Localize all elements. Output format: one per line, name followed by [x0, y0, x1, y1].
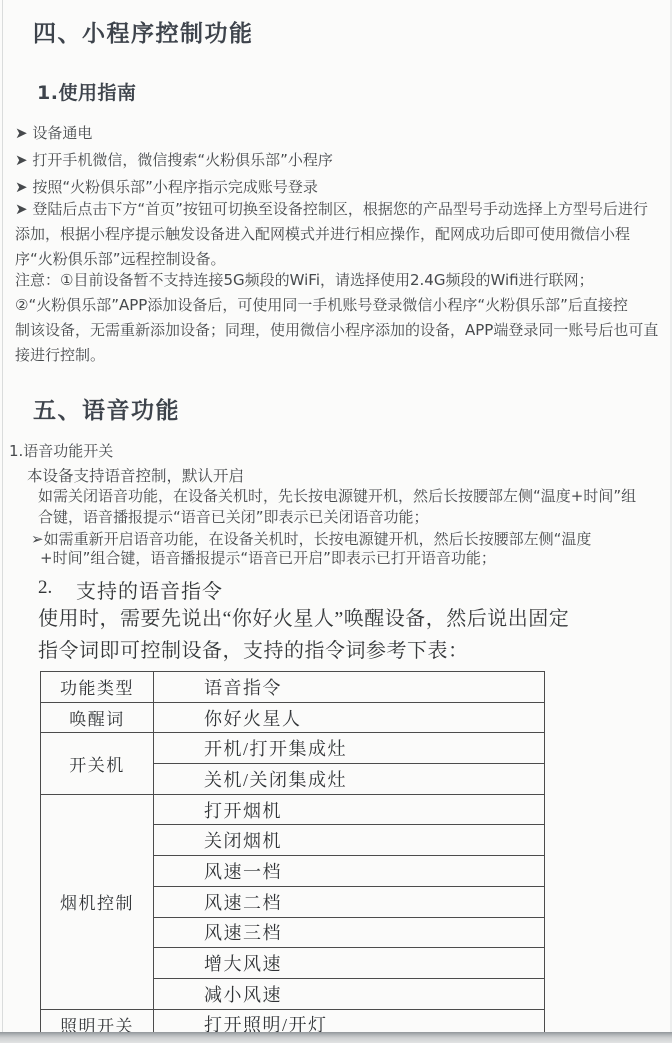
text-line: 合键，语音播报提示“语音已关闭”即表示已关闭语音功能； — [38, 507, 636, 528]
table-cell-command: 风速二档 — [154, 886, 545, 917]
table-cell-command: 减小风速 — [154, 978, 545, 1009]
table-row: 开关机 开机/打开集成灶 — [41, 733, 545, 764]
text-line: 使用时，需要先说出“你好火星人”唤醒设备，然后说出固定 — [38, 603, 569, 635]
voice-switch-intro: 本设备支持语音控制，默认开启 — [27, 464, 244, 486]
table-cell-command: 风速三档 — [154, 917, 545, 948]
manual-page: 四、小程序控制功能 1.使用指南 ➤ 设备通电➤ 打开手机微信，微信搜索“火粉俱… — [0, 0, 672, 1043]
table-cell-command: 打开烟机 — [154, 794, 545, 825]
voice-command-table: 功能类型 语音指令 唤醒词 你好火星人 开关机 开机/打开集成灶 关机/关闭集成… — [40, 671, 545, 1040]
voice-open-line-1: ➢如需重新开启语音功能，在设备关机时，长按电源键开机，然后长按腰部左侧“温度 — [31, 528, 591, 549]
scan-left-edge — [2, 0, 3, 1043]
table-cell-type: 开关机 — [41, 733, 154, 794]
text-line: ②“火粉俱乐部”APP添加设备后，可使用同一手机账号登录微信小程序“火粉俱乐部”… — [15, 293, 658, 318]
text-line: 接进行控制。 — [15, 343, 658, 368]
table-cell-command: 关闭烟机 — [154, 825, 545, 856]
commands-heading-number: 2. — [38, 577, 52, 599]
text-line: 如需关闭语音功能，在设备关机时，先长按电源键开机，然后长按腰部左侧“温度+时间”… — [38, 486, 636, 507]
text-line: 注意：①目前设备暂不支持连接5G频段的WiFi，请选择使用2.4G频段的Wifi… — [15, 268, 658, 293]
voice-open-line-2: +时间”组合键，语音播报提示“语音已开启”即表示已打开语音功能； — [40, 547, 496, 568]
section-5-heading: 五、语音功能 — [33, 392, 180, 425]
table-header-command: 语音指令 — [154, 672, 545, 703]
bullet-line: ➤ 打开手机微信，微信搜索“火粉俱乐部”小程序 — [15, 147, 333, 174]
commands-heading: 支持的语音指令 — [76, 575, 223, 604]
text-line: 指令词即可控制设备，支持的指令词参考下表： — [38, 635, 569, 667]
bullet-line: ➤ 设备通电 — [15, 120, 333, 147]
scan-bottom-band — [0, 1032, 672, 1043]
section-4-heading: 四、小程序控制功能 — [33, 15, 254, 48]
voice-switch-heading: 1.语音功能开关 — [9, 440, 113, 461]
table-cell-command: 风速一档 — [154, 856, 545, 887]
table-cell-command: 关机/关闭集成灶 — [154, 764, 545, 795]
table-row: 烟机控制 打开烟机 — [41, 794, 545, 825]
table-cell-command: 你好火星人 — [154, 702, 545, 733]
commands-intro-paragraph: 使用时，需要先说出“你好火星人”唤醒设备，然后说出固定指令词即可控制设备，支持的… — [38, 603, 569, 667]
login-paragraph: ➤ 登陆后点击下方“首页”按钮可切换至设备控制区，根据您的产品型号手动选择上方型… — [15, 197, 648, 272]
guide-bullet-list: ➤ 设备通电➤ 打开手机微信，微信搜索“火粉俱乐部”小程序➤ 按照“火粉俱乐部”… — [15, 120, 333, 201]
text-line: 添加，根据小程序提示触发设备进入配网模式并进行相应操作，配网成功后即可使用微信小… — [15, 222, 648, 247]
text-line: ➤ 登陆后点击下方“首页”按钮可切换至设备控制区，根据您的产品型号手动选择上方型… — [15, 197, 648, 222]
usage-guide-heading: 1.使用指南 — [37, 78, 136, 105]
table-cell-type: 烟机控制 — [41, 794, 154, 1009]
notes-paragraph: 注意：①目前设备暂不支持连接5G频段的WiFi，请选择使用2.4G频段的Wifi… — [15, 268, 658, 368]
table-cell-command: 开机/打开集成灶 — [154, 733, 545, 764]
table-cell-type: 唤醒词 — [41, 702, 154, 733]
text-line: 制该设备，无需重新添加设备；同理，使用微信小程序添加的设备，APP端登录同一账号… — [15, 318, 658, 343]
table-header-type: 功能类型 — [41, 672, 154, 703]
voice-close-paragraph: 如需关闭语音功能，在设备关机时，先长按电源键开机，然后长按腰部左侧“温度+时间”… — [38, 486, 636, 528]
table-cell-command: 增大风速 — [154, 948, 545, 979]
table-row: 唤醒词 你好火星人 — [41, 702, 545, 733]
table-row: 功能类型 语音指令 — [41, 672, 545, 703]
